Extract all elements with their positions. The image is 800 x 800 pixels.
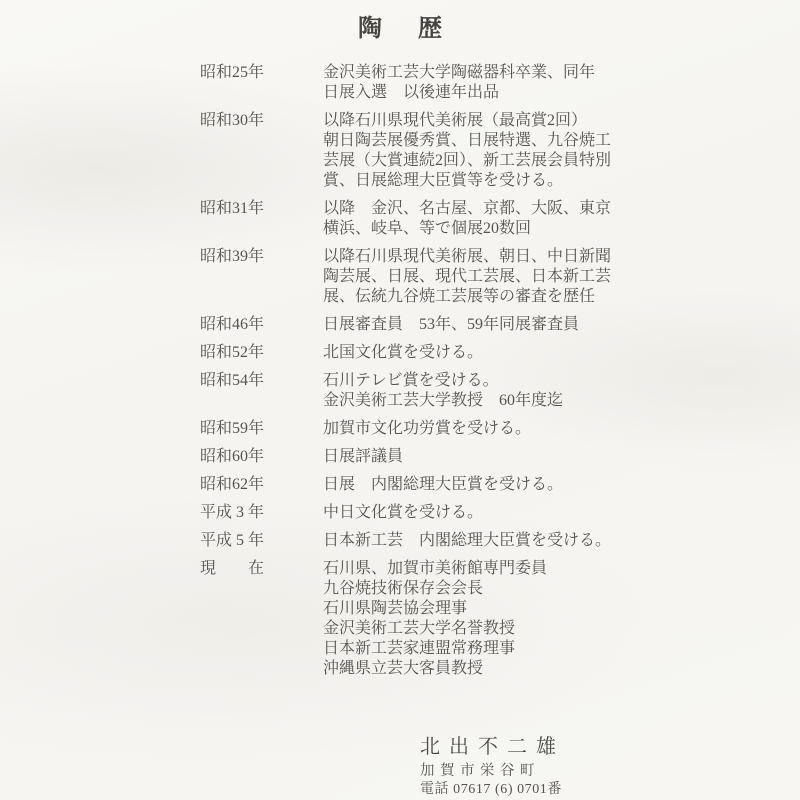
entry-description: 石川県、加賀市美術館専門委員九谷焼技術保存会会長石川県陶芸協会理事金沢美術工芸大… xyxy=(323,559,770,679)
career-entry: 平成 5 年日本新工芸 内閣総理大臣賞を受ける。 xyxy=(200,531,770,551)
entry-description-line: 以降 金沢、名古屋、京都、大阪、東京 xyxy=(323,199,770,219)
document-title: 陶 歴 xyxy=(0,8,800,43)
entry-description-line: 展、伝統九谷焼工芸展等の審査を歴任 xyxy=(323,287,770,307)
entry-year: 昭和46年 xyxy=(200,315,323,335)
entry-description-line: 九谷焼技術保存会会長 xyxy=(323,579,770,599)
entry-description-line: 日展評議員 xyxy=(323,447,770,467)
entry-description-line: 日本新工芸家連盟常務理事 xyxy=(323,639,770,659)
entry-year: 昭和31年 xyxy=(200,199,323,219)
entry-description: 以降石川県現代美術展、朝日、中日新聞陶芸展、日展、現代工芸展、日本新工芸展、伝統… xyxy=(323,247,770,307)
entry-description: 日展 内閣総理大臣賞を受ける。 xyxy=(323,475,770,495)
entry-description: 日展評議員 xyxy=(323,447,770,467)
entry-description: 加賀市文化功労賞を受ける。 xyxy=(323,419,770,439)
entry-description: 北国文化賞を受ける。 xyxy=(323,343,770,363)
entry-year: 昭和39年 xyxy=(200,247,323,267)
author-block: 北出不二雄 加賀市栄谷町 電話 07617 (6) 0701番 xyxy=(420,735,565,799)
entry-description-line: 以降石川県現代美術展（最高賞2回） xyxy=(323,111,770,131)
scanned-document-page: 陶 歴 昭和25年金沢美術工芸大学陶磁器科卒業、同年日展入選 以後連年出品昭和3… xyxy=(0,0,800,800)
entry-description-line: 金沢美術工芸大学名誉教授 xyxy=(323,619,770,639)
entry-description-line: 石川県、加賀市美術館専門委員 xyxy=(323,559,770,579)
entry-description-line: 沖縄県立芸大客員教授 xyxy=(323,659,770,679)
entry-description: 中日文化賞を受ける。 xyxy=(323,503,770,523)
entry-description: 石川テレビ賞を受ける。金沢美術工芸大学教授 60年度迄 xyxy=(323,371,770,411)
career-entry: 現 在石川県、加賀市美術館専門委員九谷焼技術保存会会長石川県陶芸協会理事金沢美術… xyxy=(200,559,770,679)
entry-description: 以降石川県現代美術展（最高賞2回）朝日陶芸展優秀賞、日展特選、九谷焼工芸展（大賞… xyxy=(323,111,770,191)
entry-description-line: 北国文化賞を受ける。 xyxy=(323,343,770,363)
career-entry: 昭和54年石川テレビ賞を受ける。金沢美術工芸大学教授 60年度迄 xyxy=(200,371,770,411)
career-entry: 平成 3 年中日文化賞を受ける。 xyxy=(200,503,770,523)
career-entry: 昭和62年日展 内閣総理大臣賞を受ける。 xyxy=(200,475,770,495)
entry-year: 平成 5 年 xyxy=(200,531,323,551)
entry-description: 日展審査員 53年、59年同展審査員 xyxy=(323,315,770,335)
entry-year: 昭和30年 xyxy=(200,111,323,131)
career-entry: 昭和46年日展審査員 53年、59年同展審査員 xyxy=(200,315,770,335)
entry-description: 金沢美術工芸大学陶磁器科卒業、同年日展入選 以後連年出品 xyxy=(323,63,770,103)
author-address: 加賀市栄谷町 xyxy=(420,762,565,781)
entry-year: 昭和59年 xyxy=(200,419,323,439)
entry-description: 以降 金沢、名古屋、京都、大阪、東京横浜、岐阜、等で個展20数回 xyxy=(323,199,770,239)
entry-year: 昭和25年 xyxy=(200,63,323,83)
author-name: 北出不二雄 xyxy=(420,735,565,759)
entry-description-line: 石川テレビ賞を受ける。 xyxy=(323,371,770,391)
career-entry: 昭和25年金沢美術工芸大学陶磁器科卒業、同年日展入選 以後連年出品 xyxy=(200,63,770,103)
entry-year: 現 在 xyxy=(200,559,323,579)
entry-description-line: 中日文化賞を受ける。 xyxy=(323,503,770,523)
career-entry: 昭和39年以降石川県現代美術展、朝日、中日新聞陶芸展、日展、現代工芸展、日本新工… xyxy=(200,247,770,307)
entry-description-line: 横浜、岐阜、等で個展20数回 xyxy=(323,219,770,239)
entry-year: 平成 3 年 xyxy=(200,503,323,523)
career-entry: 昭和60年日展評議員 xyxy=(200,447,770,467)
entry-description-line: 以降石川県現代美術展、朝日、中日新聞 xyxy=(323,247,770,267)
career-entry: 昭和59年加賀市文化功労賞を受ける。 xyxy=(200,419,770,439)
career-entries-list: 昭和25年金沢美術工芸大学陶磁器科卒業、同年日展入選 以後連年出品昭和30年以降… xyxy=(200,63,770,687)
entry-description-line: 金沢美術工芸大学教授 60年度迄 xyxy=(323,391,770,411)
entry-description-line: 金沢美術工芸大学陶磁器科卒業、同年 xyxy=(323,63,770,83)
career-entry: 昭和31年以降 金沢、名古屋、京都、大阪、東京横浜、岐阜、等で個展20数回 xyxy=(200,199,770,239)
entry-description-line: 日本新工芸 内閣総理大臣賞を受ける。 xyxy=(323,531,770,551)
entry-description-line: 朝日陶芸展優秀賞、日展特選、九谷焼工 xyxy=(323,131,770,151)
entry-year: 昭和54年 xyxy=(200,371,323,391)
author-phone: 電話 07617 (6) 0701番 xyxy=(420,781,565,799)
entry-description: 日本新工芸 内閣総理大臣賞を受ける。 xyxy=(323,531,770,551)
entry-description-line: 日展審査員 53年、59年同展審査員 xyxy=(323,315,770,335)
entry-year: 昭和52年 xyxy=(200,343,323,363)
entry-description-line: 加賀市文化功労賞を受ける。 xyxy=(323,419,770,439)
career-entry: 昭和52年北国文化賞を受ける。 xyxy=(200,343,770,363)
career-entry: 昭和30年以降石川県現代美術展（最高賞2回）朝日陶芸展優秀賞、日展特選、九谷焼工… xyxy=(200,111,770,191)
entry-year: 昭和62年 xyxy=(200,475,323,495)
entry-description-line: 石川県陶芸協会理事 xyxy=(323,599,770,619)
entry-year: 昭和60年 xyxy=(200,447,323,467)
entry-description-line: 賞、日展総理大臣賞等を受ける。 xyxy=(323,171,770,191)
entry-description-line: 日展 内閣総理大臣賞を受ける。 xyxy=(323,475,770,495)
entry-description-line: 日展入選 以後連年出品 xyxy=(323,83,770,103)
entry-description-line: 陶芸展、日展、現代工芸展、日本新工芸 xyxy=(323,267,770,287)
entry-description-line: 芸展（大賞連続2回）、新工芸展会員特別 xyxy=(323,151,770,171)
